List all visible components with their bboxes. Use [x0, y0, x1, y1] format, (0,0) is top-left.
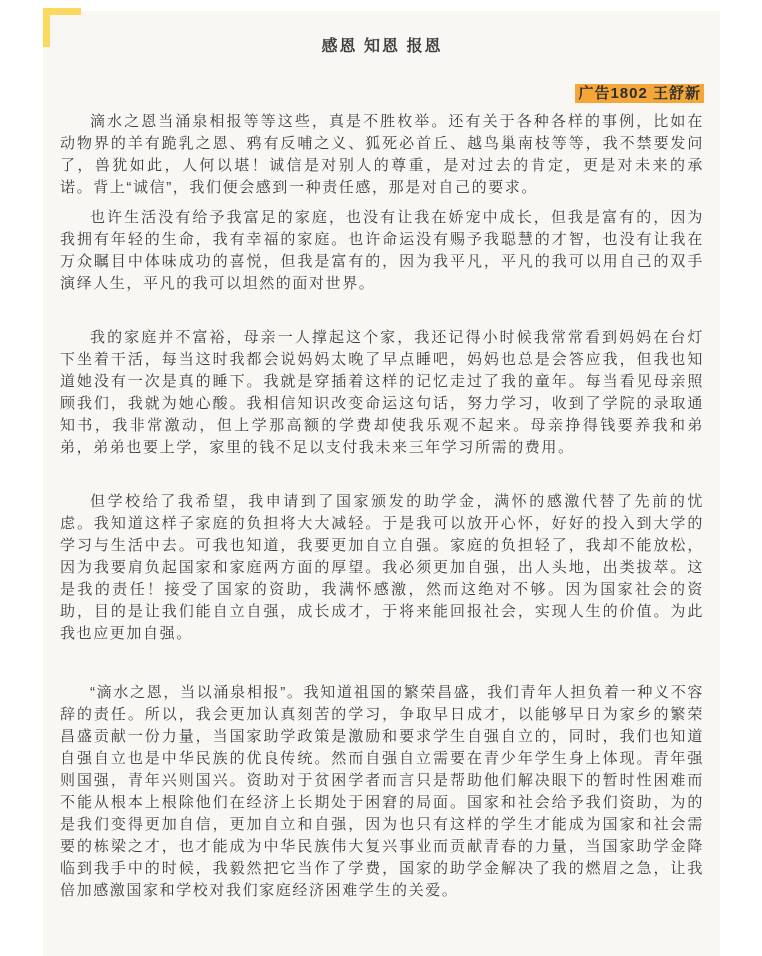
- paragraph-5: “滴水之恩，当以涌泉相报”。我知道祖国的繁荣昌盛，我们青年人担负着一种义不容辞的…: [60, 682, 704, 902]
- corner-accent-vertical: [43, 8, 50, 47]
- document-page: 感恩 知恩 报恩 广告1802 王舒新 滴水之恩当涌泉相报等等这些，真是不胜枚举…: [0, 0, 762, 956]
- author-row: 广告1802 王舒新: [60, 84, 704, 103]
- paragraph-4: 但学校给了我希望，我申请到了国家颁发的助学金，满怀的感激代替了先前的忧虑。我知道…: [60, 491, 704, 645]
- paragraph-3: 我的家庭并不富裕，母亲一人撑起这个家，我还记得小时候我常常看到妈妈在台灯下坐着干…: [60, 327, 704, 459]
- document-title: 感恩 知恩 报恩: [60, 37, 704, 57]
- paragraph-2: 也许生活没有给予我富足的家庭，也没有让我在娇宠中成长，但我是富有的，因为我拥有年…: [60, 207, 704, 295]
- author-highlight: 广告1802 王舒新: [575, 84, 704, 103]
- paragraph-1: 滴水之恩当涌泉相报等等这些，真是不胜枚举。还有关于各种各样的事例，比如在动物界的…: [60, 111, 704, 199]
- document-card: 感恩 知恩 报恩 广告1802 王舒新 滴水之恩当涌泉相报等等这些，真是不胜枚举…: [43, 11, 720, 956]
